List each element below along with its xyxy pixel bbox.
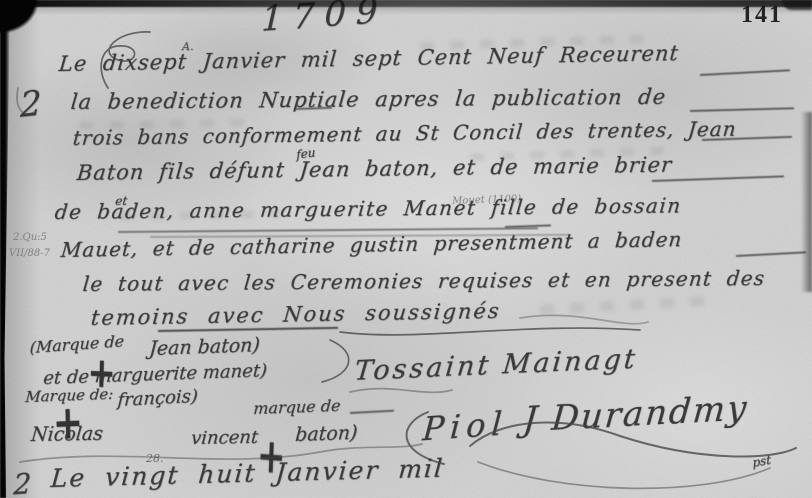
record-line-2: la benediction Nuptiale apres la publica… xyxy=(70,85,668,114)
mark-caption-nicolas: Nicolas xyxy=(30,423,104,446)
flourish-squiggle xyxy=(350,389,452,393)
bleedthrough-smudge xyxy=(540,295,720,314)
margin-next-record-number: 2 xyxy=(13,467,32,498)
mark-caption-vincent: vincent xyxy=(190,427,259,449)
ink-dash xyxy=(350,410,394,414)
ink-dash xyxy=(700,69,790,76)
next-entry-partial-line: Le vingt huit Janvier mil xyxy=(50,454,445,493)
ink-dash xyxy=(652,175,784,182)
mark-caption-jean-baton-right: Jean baton) xyxy=(148,334,260,360)
signature-toussaint-mainagt: Tossaint Mainagt xyxy=(353,344,639,388)
mark-caption-marguerite-manet: et de marguerite manet) xyxy=(43,360,268,389)
margin-record-number: 2 xyxy=(20,84,42,126)
margin-pencil-note-2: VII/88-7 xyxy=(9,248,50,259)
flourish-durand-sweep xyxy=(478,462,770,488)
scan-corner-top-right xyxy=(782,0,812,10)
record-line-7: le tout avec les Ceremonies requises et … xyxy=(82,266,767,296)
record-line-1: Le dixsept Janvier mil sept Cent Neuf Re… xyxy=(58,41,680,76)
flourish-closing-paren-1 xyxy=(322,340,349,382)
flourish-avec-nous-tail xyxy=(340,328,640,335)
mark-caption-baton: baton) xyxy=(294,422,358,446)
record-line-4: Baton fils défunt Jean baton, et de mari… xyxy=(76,153,673,185)
scanned-register-page: 1709 141 A. feu et Mouet (1100) 2 2.Qu:5… xyxy=(0,0,812,498)
scan-corner-top-left xyxy=(0,0,50,44)
scan-gutter-shadow xyxy=(801,112,812,292)
flourish-soussignes-tail xyxy=(520,315,648,323)
signature-piol: Piol xyxy=(421,404,509,448)
record-line-5: de baden, anne marguerite Manet fille de… xyxy=(54,193,683,224)
ink-dash xyxy=(690,107,794,112)
signature-durand-suffix: pst xyxy=(752,453,771,470)
record-line-8: temoins avec Nous soussignés xyxy=(90,299,502,330)
ink-dash xyxy=(736,251,806,257)
record-line-6: Mauet, et de catharine gustin presentmen… xyxy=(60,227,684,262)
scan-edge-top xyxy=(0,0,812,7)
signature-durand: J Durandmy xyxy=(521,388,749,440)
mark-caption-francois: françois) xyxy=(117,386,199,411)
margin-pencil-note-1: 2.Qu:5 xyxy=(13,232,47,243)
mark-caption-marque-de-2: marque de xyxy=(253,396,341,418)
